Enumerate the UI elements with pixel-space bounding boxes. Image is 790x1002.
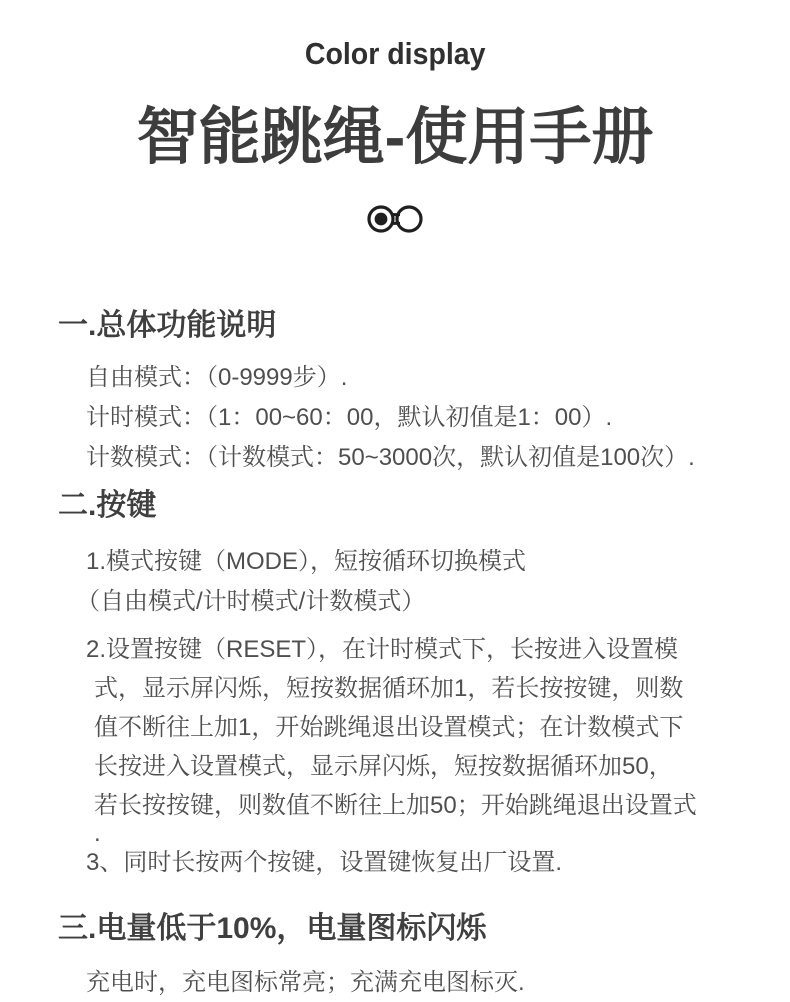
reset-button-line-4: 长按进入设置模式，显示屏闪烁，短按数据循环加50， <box>94 747 790 786</box>
buttons-item-2: 2.设置按键（RESET），在计时模式下，长按进入设置模 式，显示屏闪烁，短按数… <box>0 630 790 843</box>
charging-line: 充电时，充电图标常亮；充满充电图标灭. <box>86 963 790 1002</box>
section-buttons-heading: 二.按键 <box>58 488 790 524</box>
buttons-item-3: 3、同时长按两个按键，设置键恢复出厂设置. <box>86 843 790 883</box>
reset-button-line-2: 式，显示屏闪烁，短按数据循环加1，若长按按键，则数 <box>94 669 790 708</box>
timer-mode-line: 计时模式：（1：00~60：00，默认初值是1：00）. <box>86 398 790 438</box>
count-mode-line: 计数模式：（计数模式：50~3000次，默认初值是100次）. <box>86 438 790 478</box>
page-title: 智能跳绳-使用手册 <box>0 96 790 180</box>
mode-button-line-2: （自由模式/计时模式/计数模式） <box>76 582 790 622</box>
eyebrow-title: Color display <box>0 0 790 72</box>
manual-page: Color display 智能跳绳-使用手册 一.总体功能说明 自由模式：（0… <box>0 0 790 1002</box>
divider <box>0 200 790 238</box>
mode-button-line: 1.模式按键（MODE），短按循环切换模式 <box>86 542 790 582</box>
reset-button-line-6: . <box>94 825 790 843</box>
buttons-item-1: 1.模式按键（MODE），短按循环切换模式 （自由模式/计时模式/计数模式） <box>0 542 790 622</box>
free-mode-line: 自由模式：（0-9999步）. <box>86 358 790 398</box>
section-overview-heading: 一.总体功能说明 <box>58 308 790 344</box>
jump-rope-handle-icon <box>364 200 426 238</box>
reset-button-line-3: 值不断往上加1，开始跳绳退出设置模式；在计数模式下 <box>94 708 790 747</box>
section-battery-heading: 三.电量低于10%，电量图标闪烁 <box>58 911 790 947</box>
section-overview-body: 自由模式：（0-9999步）. 计时模式：（1：00~60：00，默认初值是1：… <box>0 358 790 478</box>
reset-button-line-5: 若长按按键，则数值不断往上加50；开始跳绳退出设置式 <box>94 786 790 825</box>
reset-button-line-1: 2.设置按键（RESET），在计时模式下，长按进入设置模 <box>86 630 790 669</box>
